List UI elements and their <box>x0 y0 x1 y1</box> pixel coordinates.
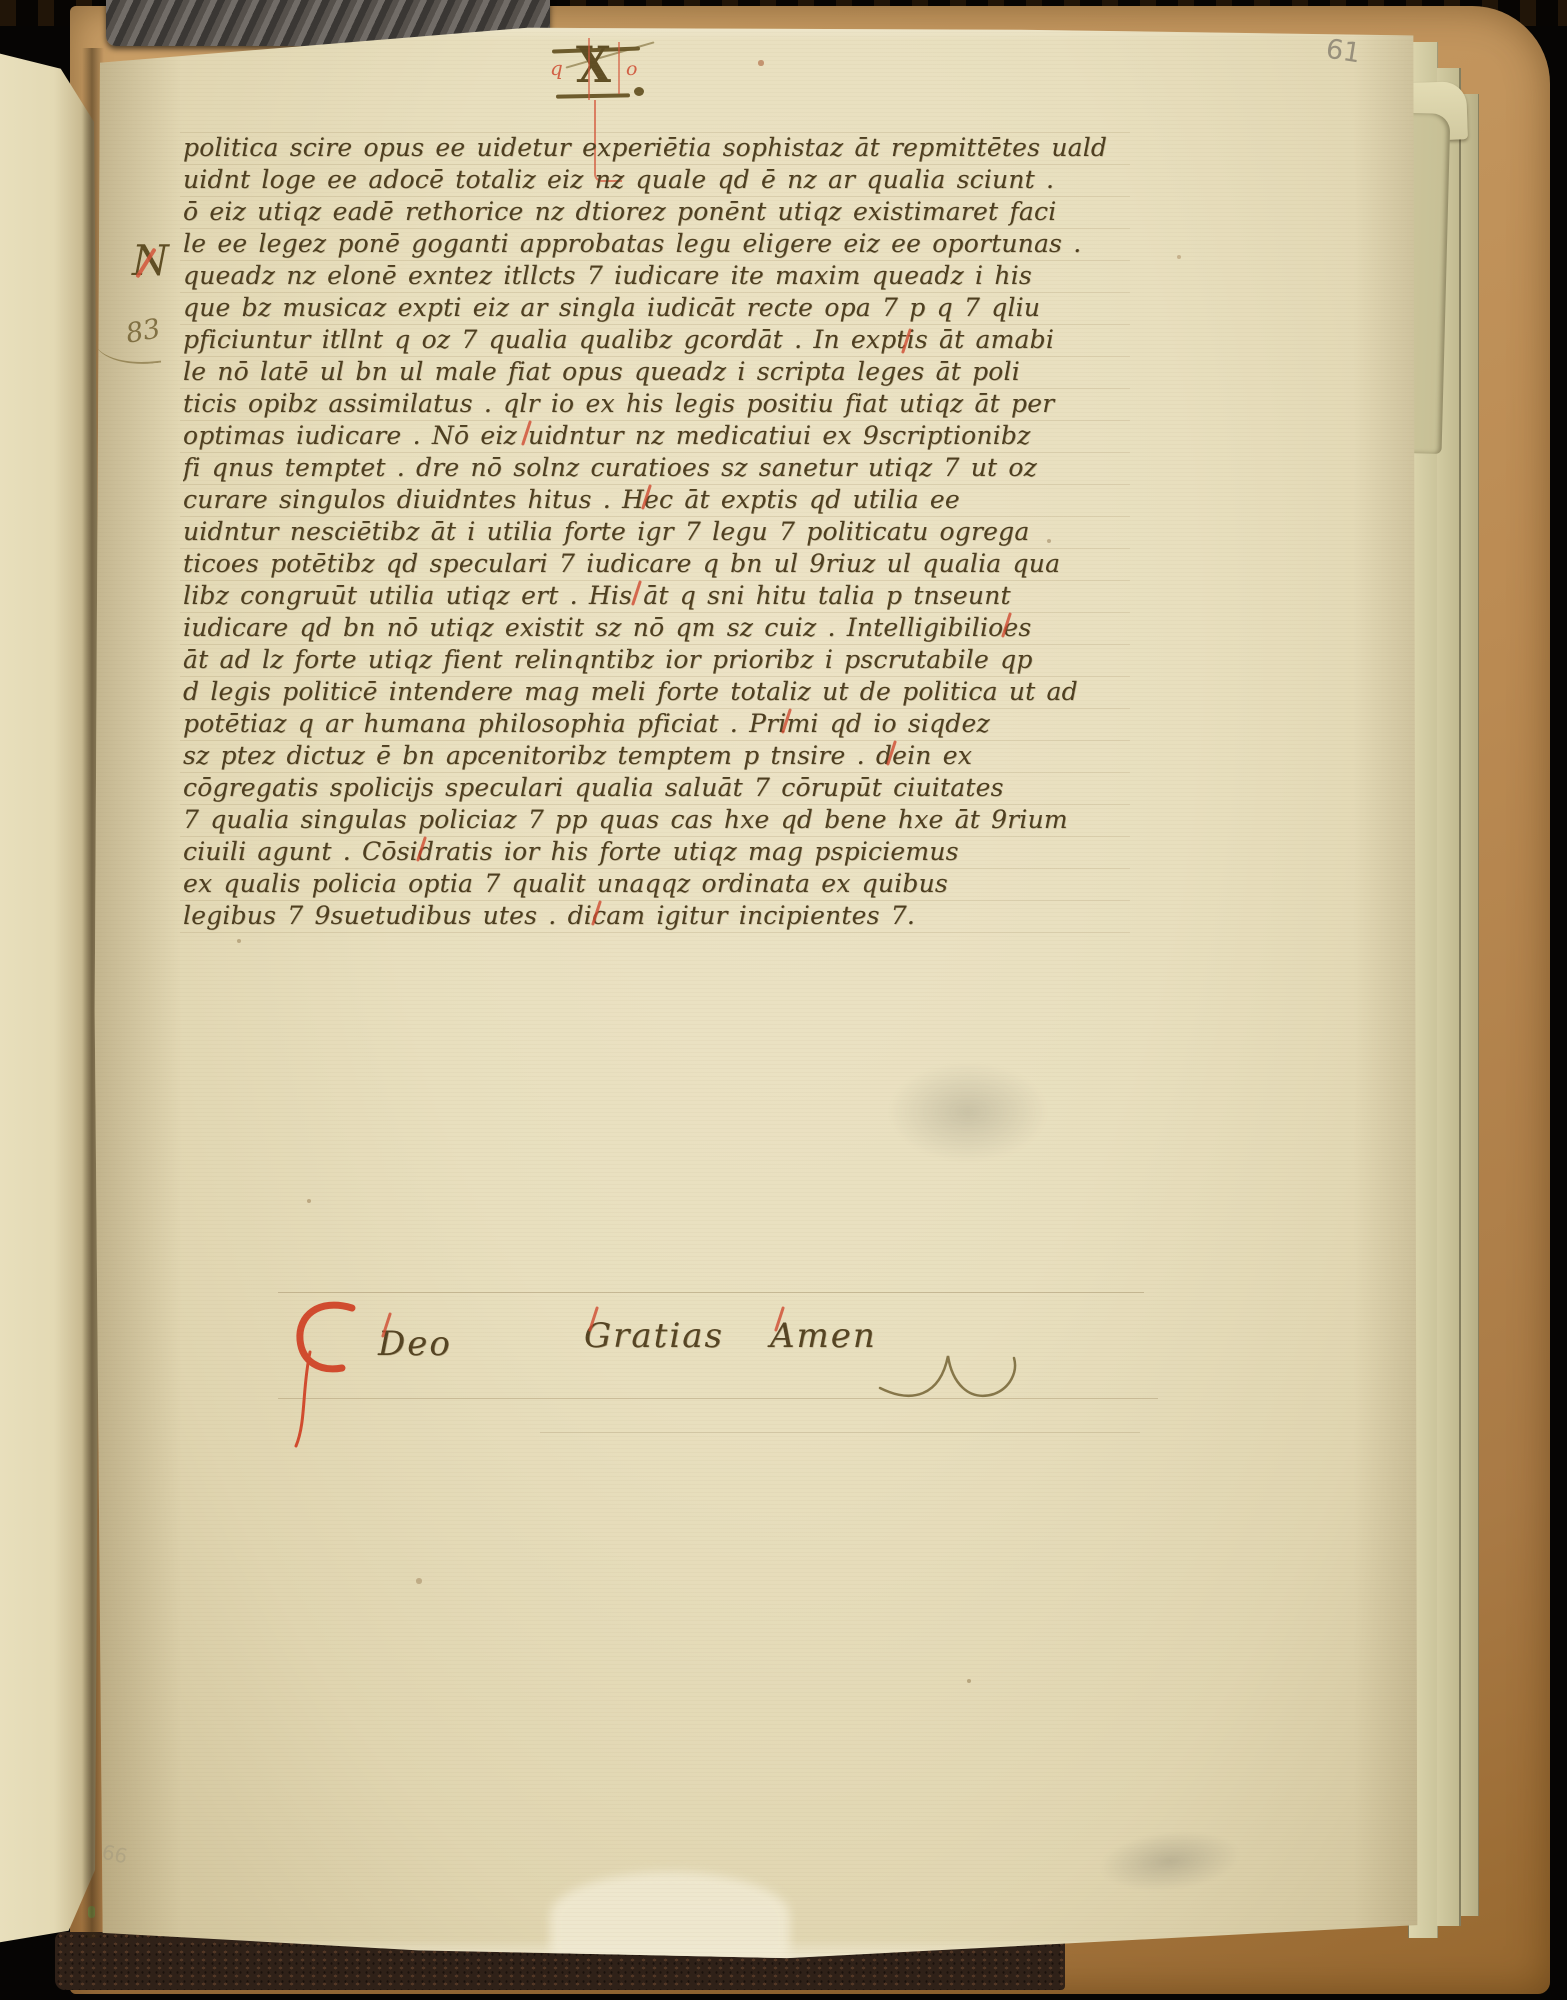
stain <box>888 1062 1048 1162</box>
red-pilcrow-icon <box>288 1294 358 1454</box>
manuscript-line: āt ad lz forte utiqz fient relinqntibz i… <box>183 644 1143 676</box>
manuscript-line: que bz musicaz expti eiz ar singla iudic… <box>183 292 1143 324</box>
manuscript-line: legibus 7 9suetudibus utes . dicam igitu… <box>183 900 1143 932</box>
manuscript-line: libz congruūt utilia utiqz ert . His āt … <box>183 580 1143 612</box>
manuscript-line: pficiuntur itllnt q oz 7 qualia qualibz … <box>183 324 1143 356</box>
repair-patch <box>550 1872 790 1960</box>
folio-number: 61 <box>1324 34 1363 70</box>
quire-red-line <box>588 38 590 100</box>
manuscript-line: le nō latē ul bn ul male fiat opus quead… <box>183 356 1143 388</box>
manuscript-line: uidnt loge ee adocē totaliz eiz nz quale… <box>183 164 1143 196</box>
manuscript-line: fi qnus temptet . dre nō solnz curatioes… <box>183 452 1143 484</box>
book-number-glyph: X <box>576 40 611 90</box>
main-page: 61 X q o N 83 politica scire opus ee uid… <box>88 20 1420 1962</box>
stain <box>1097 1825 1242 1897</box>
manuscript-line: ticis opibz assimilatus . qlr io ex his … <box>183 388 1143 420</box>
manuscript-line: iudicare qd bn nō utiqz existit sz nō qm… <box>183 612 1143 644</box>
text-block: politica scire opus ee uidetur experiēti… <box>183 132 1143 932</box>
explicit-line: Deo Gratias Amen <box>288 1288 1108 1438</box>
manuscript-line: potētiaz q ar humana philosophia pficiat… <box>183 708 1143 740</box>
amen-flourish <box>876 1328 1026 1418</box>
manuscript-line: uidntur nesciētibz āt i utilia forte igr… <box>183 516 1143 548</box>
explicit-word-deo: Deo <box>378 1324 452 1364</box>
manuscript-line: d legis politicē intendere mag meli fort… <box>183 676 1143 708</box>
manuscript-line: ticoes potētibz qd speculari 7 iudicare … <box>183 548 1143 580</box>
page-stack-edge <box>1461 94 1479 1916</box>
manuscript-line: cōgregatis spolicijs speculari qualia sa… <box>183 772 1143 804</box>
manuscript-line: ciuili agunt . Cōsidratis ior his forte … <box>183 836 1143 868</box>
manuscript-line: sz ptez dictuz ē bn apcenitoribz temptem… <box>183 740 1143 772</box>
quire-bar-bottom <box>556 93 630 98</box>
manuscript-line: ō eiz utiqz eadē rethorice nz dtiorez po… <box>183 196 1143 228</box>
manuscript-line: optimas iudicare . Nō eiz uidntur nz med… <box>183 420 1143 452</box>
manuscript-line: 7 qualia singulas policiaz 7 pp quas cas… <box>183 804 1143 836</box>
gutter-pencil-number: 66 <box>100 1840 130 1869</box>
manuscript-line: curare singulos diuidntes hitus . Hec āt… <box>183 484 1143 516</box>
explicit-word-amen: Amen <box>770 1316 877 1356</box>
manuscript-photo: 61 X q o N 83 politica scire opus ee uid… <box>0 0 1567 2000</box>
manuscript-line: le ee legez ponē goganti approbatas legu… <box>183 228 1143 260</box>
quire-red-letter-right: o <box>626 58 637 80</box>
manuscript-line: politica scire opus ee uidetur experiēti… <box>183 132 1143 164</box>
margin-flourish-tail <box>95 335 162 370</box>
manuscript-line: ex qualis policia optia 7 qualit unaqqz … <box>183 868 1143 900</box>
explicit-word-gratias: Gratias <box>584 1316 724 1356</box>
manuscript-line: queadz nz elonē exntez itllcts 7 iudicar… <box>183 260 1143 292</box>
quire-dot <box>634 87 644 96</box>
quire-red-line <box>618 42 620 94</box>
quire-red-letter-left: q <box>550 56 563 80</box>
